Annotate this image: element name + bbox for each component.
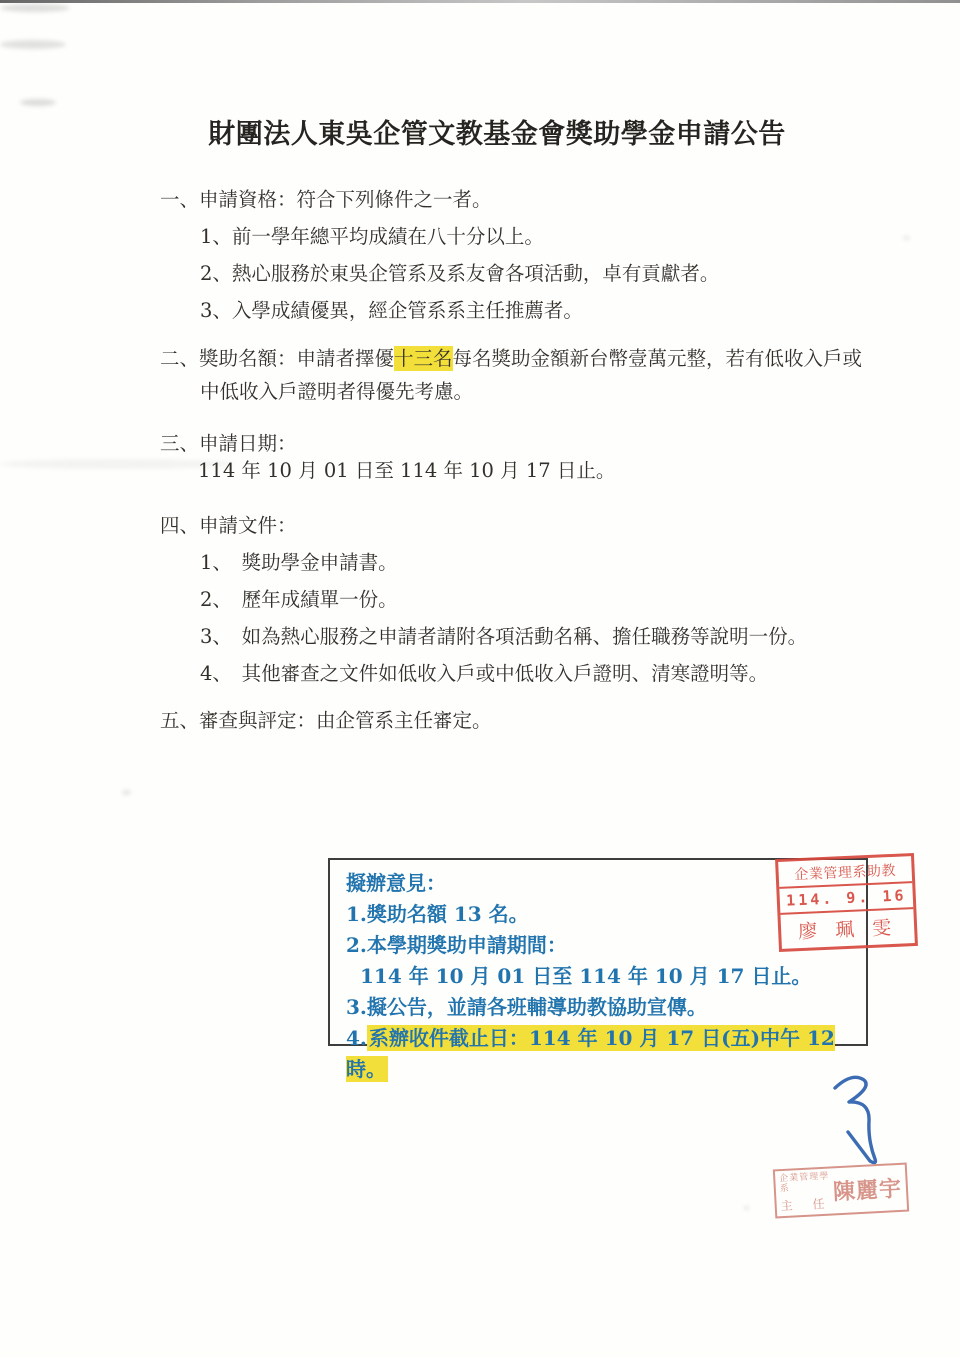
scan-artifact-top-edge [0, 0, 960, 3]
opinion-item: 3.擬公告，並請各班輔導助教協助宣傳。 [346, 992, 866, 1023]
stamp-department-line: 企業管理學系 [779, 1171, 833, 1194]
assistant-date-stamp: 企業管理系助教 114. 9. 16 廖 珮 雯 [775, 853, 918, 952]
section-application-eligibility: 一、申請資格：符合下列條件之一者。 1、前一學年總平均成績在八十分以上。 2、熱… [160, 181, 884, 329]
opinion-item-continuation: 114 年 10 月 01 日至 114 年 10 月 17 日止。 [346, 961, 866, 992]
scan-artifact [122, 790, 131, 795]
list-item: 2、 歷年成績單一份。 [160, 581, 884, 618]
section-heading: 一、申請資格：符合下列條件之一者。 [160, 181, 884, 218]
list-item: 3、 如為熱心服務之申請者請附各項活動名稱、擔任職務等說明一份。 [160, 618, 884, 655]
section-heading: 五、審查與評定：由企管系主任審定。 [160, 702, 884, 739]
section-heading: 二、獎助名額：申請者擇優十三名每名獎助金額新台幣壹萬元整，若有低收入戶或 [160, 342, 884, 375]
list-item: 3、入學成績優異，經企管系系主任推薦者。 [160, 292, 884, 329]
scan-artifact [0, 40, 66, 49]
document-title: 財團法人東吳企管文教基金會獎助學金申請公告 [0, 112, 960, 151]
quota-text-prefix: 二、獎助名額：申請者擇優 [160, 347, 394, 370]
stamp-name-line: 廖 珮 雯 [780, 909, 914, 949]
date-range-line: 114 年 10 月 01 日至 114 年 10 月 17 日止。 [160, 457, 884, 484]
list-item: 1、 獎助學金申請書。 [160, 544, 884, 581]
scan-artifact [903, 236, 910, 240]
highlighted-quota: 十三名 [394, 346, 453, 371]
department-chair-stamp: 企業管理學系 主 任 陳麗宇 [773, 1163, 909, 1219]
section-heading: 四、申請文件： [160, 508, 884, 544]
opinion-item-number: 4. [346, 1026, 367, 1050]
stamp-role-line: 主 任 [780, 1194, 834, 1214]
scanned-document-page: 財團法人東吳企管文教基金會獎助學金申請公告 一、申請資格：符合下列條件之一者。 … [0, 0, 960, 1358]
list-item: 2、熱心服務於東吳企管系及系友會各項活動，卓有貢獻者。 [160, 255, 884, 292]
section-heading: 三、申請日期： [160, 430, 884, 457]
quota-text-suffix: 每名獎助金額新台幣壹萬元整，若有低收入戶或 [453, 347, 863, 370]
section-review: 五、審查與評定：由企管系主任審定。 [160, 702, 884, 739]
section-application-documents: 四、申請文件： 1、 獎助學金申請書。 2、 歷年成績單一份。 3、 如為熱心服… [160, 508, 884, 692]
highlighted-deadline: 系辦收件截止日：114 年 10 月 17 日(五)中午 12 時。 [346, 1025, 835, 1082]
stamp-name-line: 陳麗宇 [832, 1172, 903, 1207]
section-continuation: 中低收入戶證明者得優先考慮。 [160, 375, 884, 408]
list-item: 1、前一學年總平均成績在八十分以上。 [160, 218, 884, 255]
list-item: 4、 其他審查之文件如低收入戶或中低收入戶證明、清寒證明等。 [160, 655, 884, 692]
opinion-item: 4.系辦收件截止日：114 年 10 月 17 日(五)中午 12 時。 [346, 1023, 866, 1085]
scan-artifact [744, 1206, 749, 1210]
section-award-quota: 二、獎助名額：申請者擇優十三名每名獎助金額新台幣壹萬元整，若有低收入戶或 中低收… [160, 342, 884, 408]
scan-artifact [0, 4, 70, 12]
scan-artifact [20, 99, 56, 106]
section-application-dates: 三、申請日期： 114 年 10 月 01 日至 114 年 10 月 17 日… [160, 430, 884, 484]
